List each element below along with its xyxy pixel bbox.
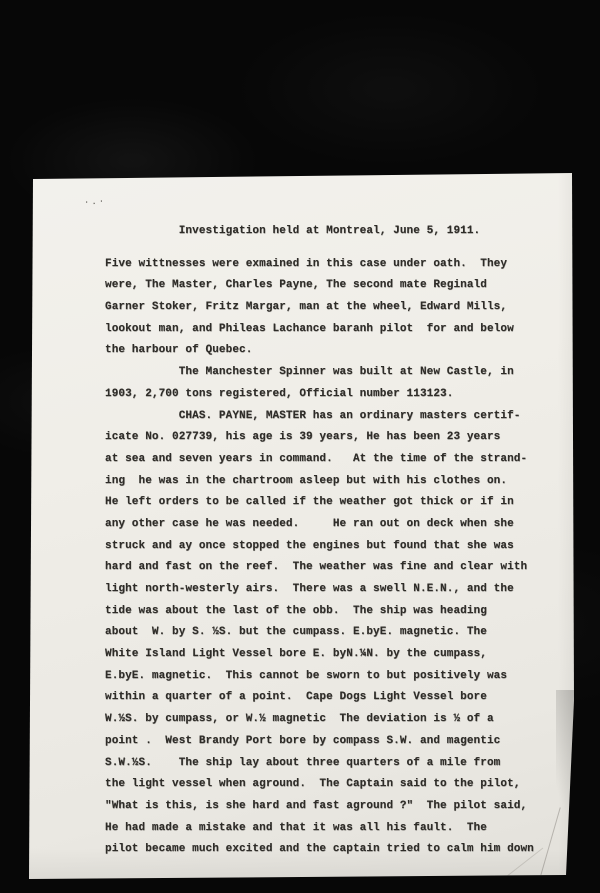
text-line: 1903, 2,700 tons registered, Official nu… — [105, 384, 534, 406]
text-line: were, The Master, Charles Payne, The sec… — [105, 275, 534, 297]
text-line: at sea and seven years in command. At th… — [105, 449, 534, 471]
text-line: E.byE. magnetic. This cannot be sworn to… — [105, 666, 534, 688]
text-line: light north-westerly airs. There was a s… — [105, 579, 534, 601]
text-line: point . West Brandy Port bore by compass… — [105, 731, 534, 753]
text-line: the light vessel when aground. The Capta… — [105, 774, 534, 796]
text-line: CHAS. PAYNE, MASTER has an ordinary mast… — [105, 406, 534, 428]
text-line: The Manchester Spinner was built at New … — [105, 362, 534, 384]
text-line: hard and fast on the reef. The weather w… — [105, 557, 534, 579]
text-line: He left orders to be called if the weath… — [105, 492, 534, 514]
text-line: any other case he was needed. He ran out… — [105, 514, 534, 536]
text-line: Garner Stoker, Fritz Margar, man at the … — [105, 297, 534, 319]
text-line: the harbour of Quebec. — [105, 340, 534, 362]
text-line: lookout man, and Phileas Lachance baranh… — [105, 319, 534, 341]
typewritten-text: Investigation held at Montreal, June 5, … — [105, 221, 534, 861]
text-line: S.W.½S. The ship lay about three quarter… — [105, 753, 534, 775]
text-line: tide was about the last of the obb. The … — [105, 601, 534, 623]
text-line: Five wittnesses were exmained in this ca… — [105, 254, 534, 276]
text-line: icate No. 027739, his age is 39 years, H… — [105, 427, 534, 449]
text-line: "What is this, is she hard and fast agro… — [105, 796, 534, 818]
text-line: within a quarter of a point. Cape Dogs L… — [105, 687, 534, 709]
heading-line: Investigation held at Montreal, June 5, … — [105, 221, 534, 243]
text-line: He had made a mistake and that it was al… — [105, 818, 534, 840]
text-line: White Island Light Vessel bore E. byN.¼N… — [105, 644, 534, 666]
pencil-mark: ·.· — [84, 196, 107, 208]
text-line: ing he was in the chartroom asleep but w… — [105, 471, 534, 493]
text-line: struck and ay once stopped the engines b… — [105, 536, 534, 558]
text-line: pilot became much excited and the captai… — [105, 839, 534, 861]
text-line: about W. by S. ½S. but the cumpass. E.by… — [105, 622, 534, 644]
text-line: W.½S. by cumpass, or W.½ magnetic The de… — [105, 709, 534, 731]
